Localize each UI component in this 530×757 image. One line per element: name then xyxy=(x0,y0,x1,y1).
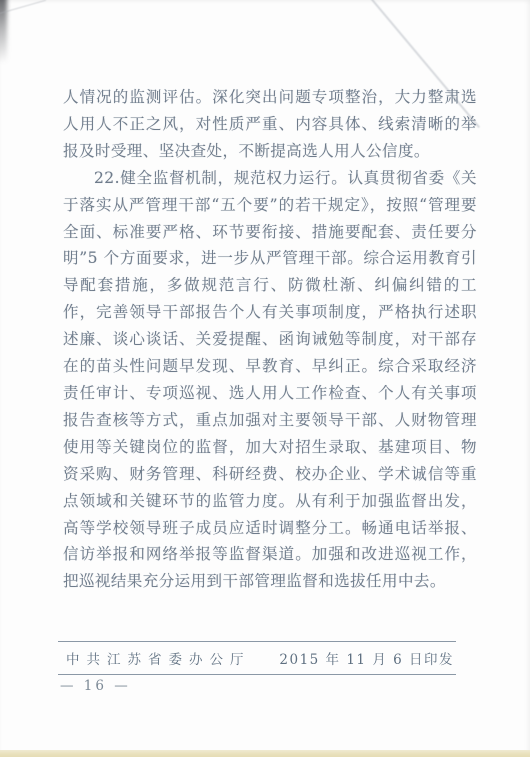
footer-print-date: 2015 年 11 月 6 日印发 xyxy=(279,648,454,668)
document-footer: 中共江苏省委办公厅 2015 年 11 月 6 日印发 xyxy=(58,641,456,675)
footer-issuer: 中共江苏省委办公厅 xyxy=(66,648,251,668)
scanned-document-page: 人情况的监测评估。深化突出问题专项整治，大力整肃选人用人不正之风，对性质严重、内… xyxy=(0,0,530,757)
footer-bottom-rule xyxy=(58,674,456,675)
paragraph-continuation: 人情况的监测评估。深化突出问题专项整治，大力整肃选人用人不正之风，对性质严重、内… xyxy=(63,84,477,165)
footer-row: 中共江苏省委办公厅 2015 年 11 月 6 日印发 xyxy=(58,642,456,674)
paragraph-item-22: 22.健全监督机制，规范权力运行。认真贯彻省委《关于落实从严管理干部“五个要”的… xyxy=(63,165,477,596)
page-number: — 16 — xyxy=(60,678,131,694)
body-text: 人情况的监测评估。深化突出问题专项整治，大力整肃选人用人不正之风，对性质严重、内… xyxy=(63,84,477,595)
scan-bottom-edge-band xyxy=(0,750,530,757)
